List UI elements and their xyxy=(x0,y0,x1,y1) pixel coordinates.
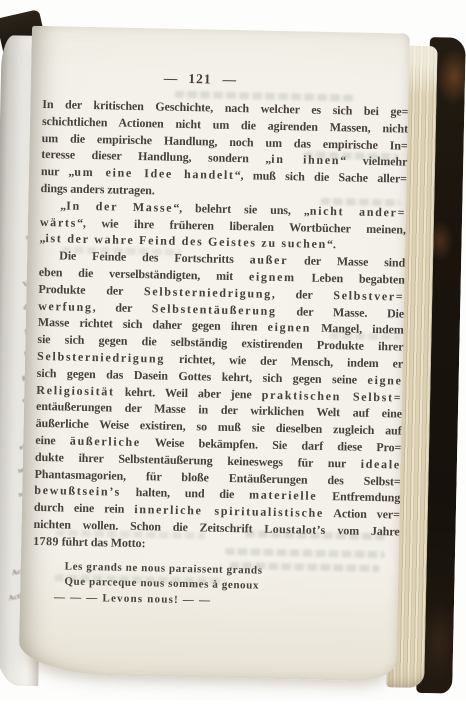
text-segment: Religiosität xyxy=(36,382,115,398)
text-segment: eben die verselbständigten, mit xyxy=(39,265,249,283)
text-segment: durch eine rein xyxy=(34,500,135,516)
text-segment: ideale xyxy=(361,456,401,471)
body-text: In der kritischen Geschichte, nach welch… xyxy=(33,96,408,557)
text-segment: Selbsterniedrigung xyxy=(144,284,272,301)
text-segment: , der xyxy=(93,300,152,315)
text-segment: “, muß sich die Sache aller= xyxy=(235,168,408,186)
text-segment: Selbstver= xyxy=(333,288,404,303)
header-dash: — xyxy=(164,71,178,86)
header-dash: — xyxy=(222,72,236,87)
text-segment: werfung xyxy=(38,298,93,313)
text-segment: “. xyxy=(327,237,336,251)
text-segment: Action ver= xyxy=(324,506,400,522)
text-segment: materielle xyxy=(249,488,318,503)
text-segment: nur „ xyxy=(41,164,75,179)
text-segment: Selbst= xyxy=(341,389,403,404)
text-segment: kehrt. Weil aber jene xyxy=(115,384,262,401)
text-segment: um eine Idee handelt xyxy=(74,165,235,182)
text-segment: außer xyxy=(250,253,289,268)
show-through-text xyxy=(330,332,400,340)
text-segment: innerliche spiritualistische xyxy=(134,502,324,520)
book: undso schdaß eVollblidie Rehen dbesaßgip… xyxy=(0,0,466,700)
text-segment: eigne xyxy=(367,373,402,388)
text-segment: In der Masse xyxy=(66,198,173,214)
text-segment: wärts xyxy=(40,215,77,230)
text-segment: Selbsterniedrigung xyxy=(37,349,165,366)
text-segment: , der xyxy=(272,287,334,302)
text-segment: äußerliche xyxy=(70,434,141,449)
text-segment: eine xyxy=(35,433,70,448)
text-segment: eignen xyxy=(267,320,311,335)
text-segment: halten, und die xyxy=(121,485,249,502)
text-segment: 1789 xyxy=(33,534,59,549)
text-segment: “, belehrt sie uns, „ xyxy=(173,201,310,218)
text-segment: Produkte der xyxy=(38,282,144,298)
text-segment: eignem xyxy=(249,269,296,284)
photo-backdrop: undso schdaß eVollblidie Rehen dbesaßgip… xyxy=(0,0,466,700)
text-segment: Entfremdung xyxy=(317,489,400,505)
text-segment: Selbstentäußerung xyxy=(152,301,277,318)
page-header: —121— xyxy=(17,67,383,91)
text-segment: der Masse sind xyxy=(288,253,405,269)
text-segment: dings anders zutragen. xyxy=(40,181,154,197)
text-segment: bewußtsein’s xyxy=(34,483,121,499)
text-segment: der Masse. Die xyxy=(277,303,405,320)
page-number: 121 xyxy=(188,71,212,86)
text-segment: praktischen xyxy=(262,387,342,403)
book-page: —121— In der kritischen Geschichte, nach… xyxy=(18,26,409,682)
text-segment: Leben begabten xyxy=(296,270,405,286)
